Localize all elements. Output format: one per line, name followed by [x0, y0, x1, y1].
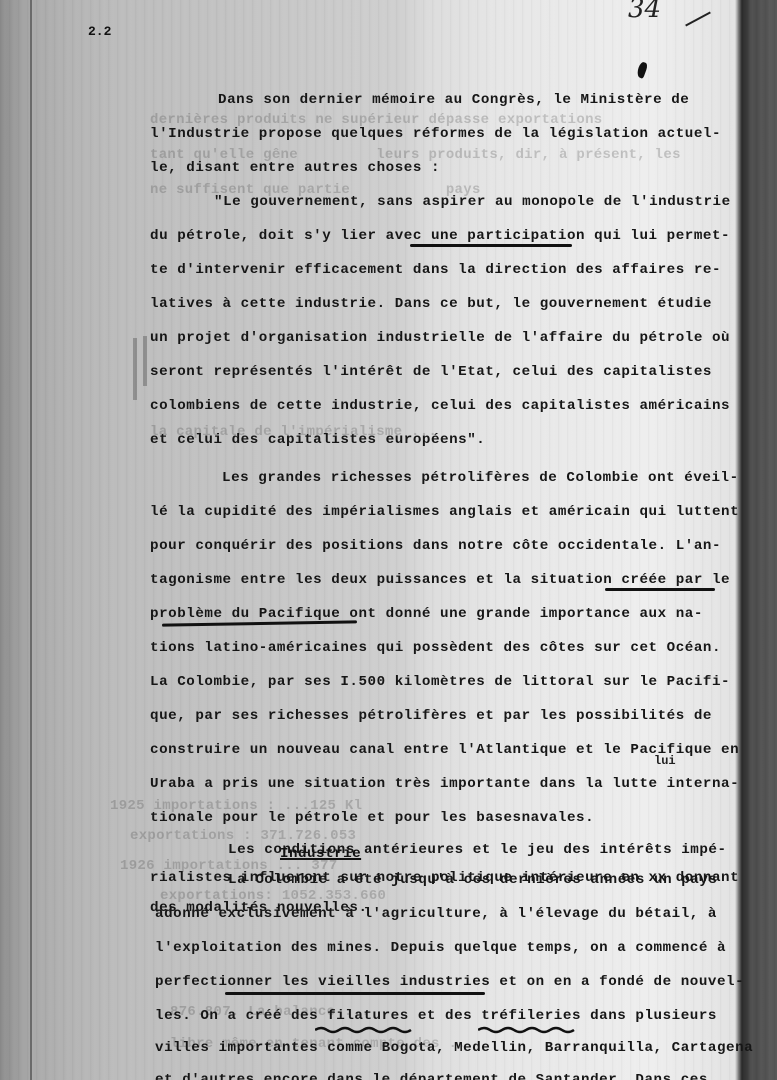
text-line: La Colombie, par ses I.500 kilomètres de… — [150, 674, 730, 690]
hand-underline — [605, 588, 715, 591]
hand-underline — [225, 992, 485, 995]
page-edge-line — [30, 0, 32, 1080]
text-line: te d'intervenir efficacement dans la dir… — [150, 262, 721, 278]
text-line: colombiens de cette industrie, celui des… — [150, 398, 730, 414]
text-line: latives à cette industrie. Dans ce but, … — [150, 296, 712, 312]
text-line: villes importantes comme Bogota, Medelli… — [155, 1040, 753, 1056]
text-line: tionale pour le pétrole et pour les base… — [150, 810, 594, 826]
text-line: l'exploitation des mines. Depuis quelque… — [155, 940, 726, 956]
text-line: problème du Pacifique ont donné une gran… — [150, 606, 703, 622]
margin-mark — [133, 338, 137, 400]
interlinear-correction: lui — [654, 754, 676, 768]
text-line: un projet d'organisation industrielle de… — [150, 330, 730, 346]
text-line: que, par ses richesses pétrolifères et p… — [150, 708, 712, 724]
wavy-underline — [315, 1026, 415, 1034]
text-line: et d'autres encore dans le département d… — [155, 1072, 708, 1080]
text-line: construire un nouveau canal entre l'Atla… — [150, 742, 739, 758]
text-line: La Colombie a été jusqu'à ces dernières … — [228, 872, 717, 888]
margin-mark — [143, 336, 147, 386]
text-line: l'Industrie propose quelques réformes de… — [150, 126, 721, 142]
text-line: les. On a créé des filatures et des tréf… — [155, 1008, 717, 1024]
handwritten-folio-number: 34 — [628, 0, 661, 24]
text-line: perfectionner les vieilles industries et… — [155, 974, 744, 990]
text-line: tagonisme entre les deux puissances et l… — [150, 572, 730, 588]
text-line: adonné exclusivement à l'agriculture, à … — [155, 906, 717, 922]
text-line: Dans son dernier mémoire au Congrès, le … — [218, 92, 689, 108]
text-line: seront représentés l'intérêt de l'Etat, … — [150, 364, 712, 380]
text-line: du pétrole, doit s'y lier avec une parti… — [150, 228, 730, 244]
text-line: "Le gouvernement, sans aspirer au monopo… — [214, 194, 731, 210]
text-line: pour conquérir des positions dans notre … — [150, 538, 721, 554]
wavy-underline — [478, 1026, 578, 1034]
page-number: 2.2 — [88, 24, 111, 39]
hand-underline — [410, 244, 572, 247]
text-line: Uraba a pris une situation très importan… — [150, 776, 739, 792]
text-line: Les grandes richesses pétrolifères de Co… — [222, 470, 739, 486]
text-line: tions latino-américaines qui possèdent d… — [150, 640, 721, 656]
text-line: lé la cupidité des impérialismes anglais… — [150, 504, 739, 520]
text-line: le, disant entre autres choses : — [150, 160, 440, 176]
text-line: et celui des capitalistes européens". — [150, 432, 485, 448]
section-heading: Industrie — [280, 846, 361, 862]
